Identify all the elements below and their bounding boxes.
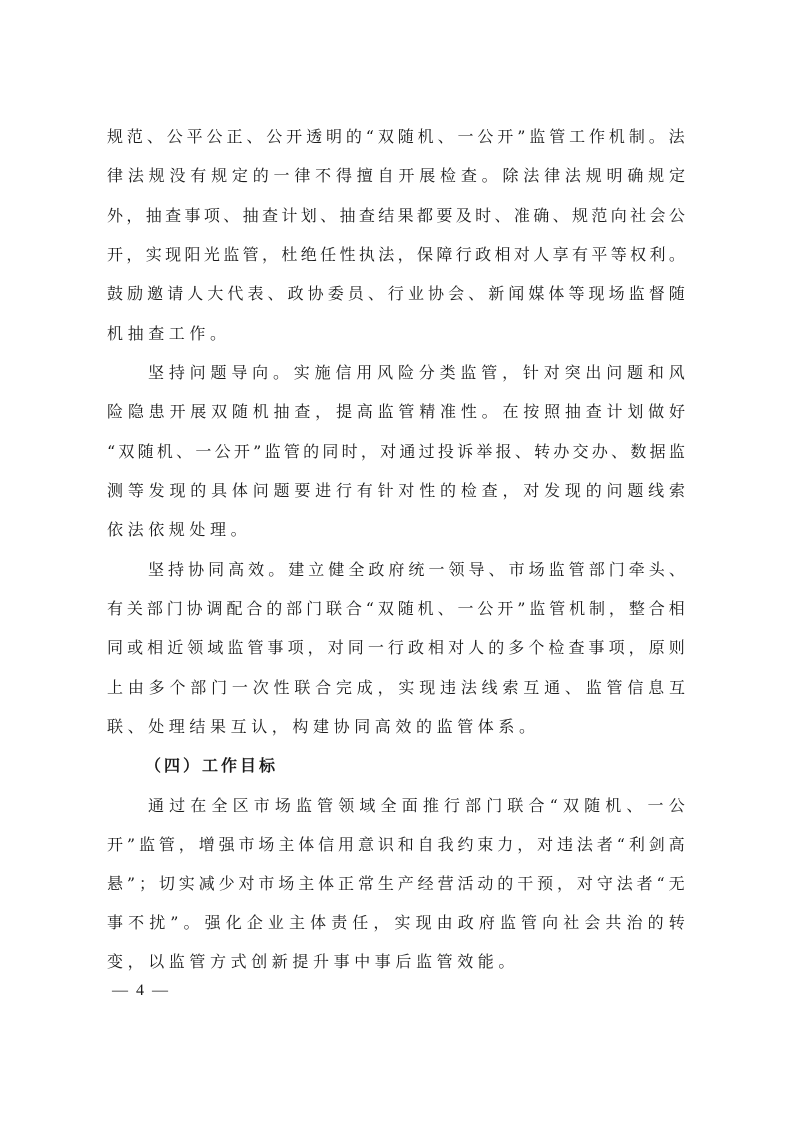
paragraph-1-line-6: 机抽查工作。 <box>107 323 685 345</box>
paragraph-3-line-1: 坚持协同高效。建立健全政府统一领导、市场监管部门牵头、 <box>148 559 685 581</box>
section-heading: （四）工作目标 <box>145 755 278 777</box>
paragraph-2-line-3: “双随机、一公开”监管的同时，对通过投诉举报、转办交办、数据监 <box>107 441 685 463</box>
paragraph-2-line-1: 坚持问题导向。实施信用风险分类监管，针对突出问题和风 <box>148 362 685 384</box>
paragraph-1-line-4: 开，实现阳光监管，杜绝任性执法，保障行政相对人享有平等权利。 <box>107 244 685 266</box>
paragraph-4-line-5: 变，以监管方式创新提升事中事后监管效能。 <box>107 951 685 973</box>
paragraph-2-line-5: 依法依规处理。 <box>107 519 685 541</box>
paragraph-3-line-5: 联、处理结果互认，构建协同高效的监管体系。 <box>107 716 685 738</box>
paragraph-1-line-5: 鼓励邀请人大代表、政协委员、行业协会、新闻媒体等现场监督随 <box>107 283 685 305</box>
paragraph-4-line-1: 通过在全区市场监管领域全面推行部门联合“双随机、一公 <box>148 795 685 817</box>
paragraph-3-line-3: 同或相近领域监管事项，对同一行政相对人的多个检查事项，原则 <box>107 637 685 659</box>
paragraph-4-line-3: 悬”；切实减少对市场主体正常生产经营活动的干预，对守法者“无 <box>107 873 685 895</box>
paragraph-1-line-2: 律法规没有规定的一律不得擅自开展检查。除法律法规明确规定 <box>107 165 685 187</box>
paragraph-1-line-1: 规范、公平公正、公开透明的“双随机、一公开”监管工作机制。法 <box>107 126 685 148</box>
paragraph-3-line-2: 有关部门协调配合的部门联合“双随机、一公开”监管机制，整合相 <box>107 598 685 620</box>
paragraph-3-line-4: 上由多个部门一次性联合完成，实现违法线索互通、监管信息互 <box>107 677 685 699</box>
paragraph-2-line-4: 测等发现的具体问题要进行有针对性的检查，对发现的问题线索 <box>107 480 685 502</box>
paragraph-4-line-2: 开”监管，增强市场主体信用意识和自我约束力，对违法者“利剑高 <box>107 834 685 856</box>
document-page: 规范、公平公正、公开透明的“双随机、一公开”监管工作机制。法 律法规没有规定的一… <box>0 0 793 1122</box>
paragraph-4-line-4: 事不扰”。强化企业主体责任，实现由政府监管向社会共治的转 <box>107 912 685 934</box>
page-number: — 4 — <box>112 980 170 1002</box>
paragraph-2-line-2: 险隐患开展双随机抽查，提高监管精准性。在按照抽查计划做好 <box>107 401 685 423</box>
paragraph-1-line-3: 外，抽查事项、抽查计划、抽查结果都要及时、准确、规范向社会公 <box>107 205 685 227</box>
